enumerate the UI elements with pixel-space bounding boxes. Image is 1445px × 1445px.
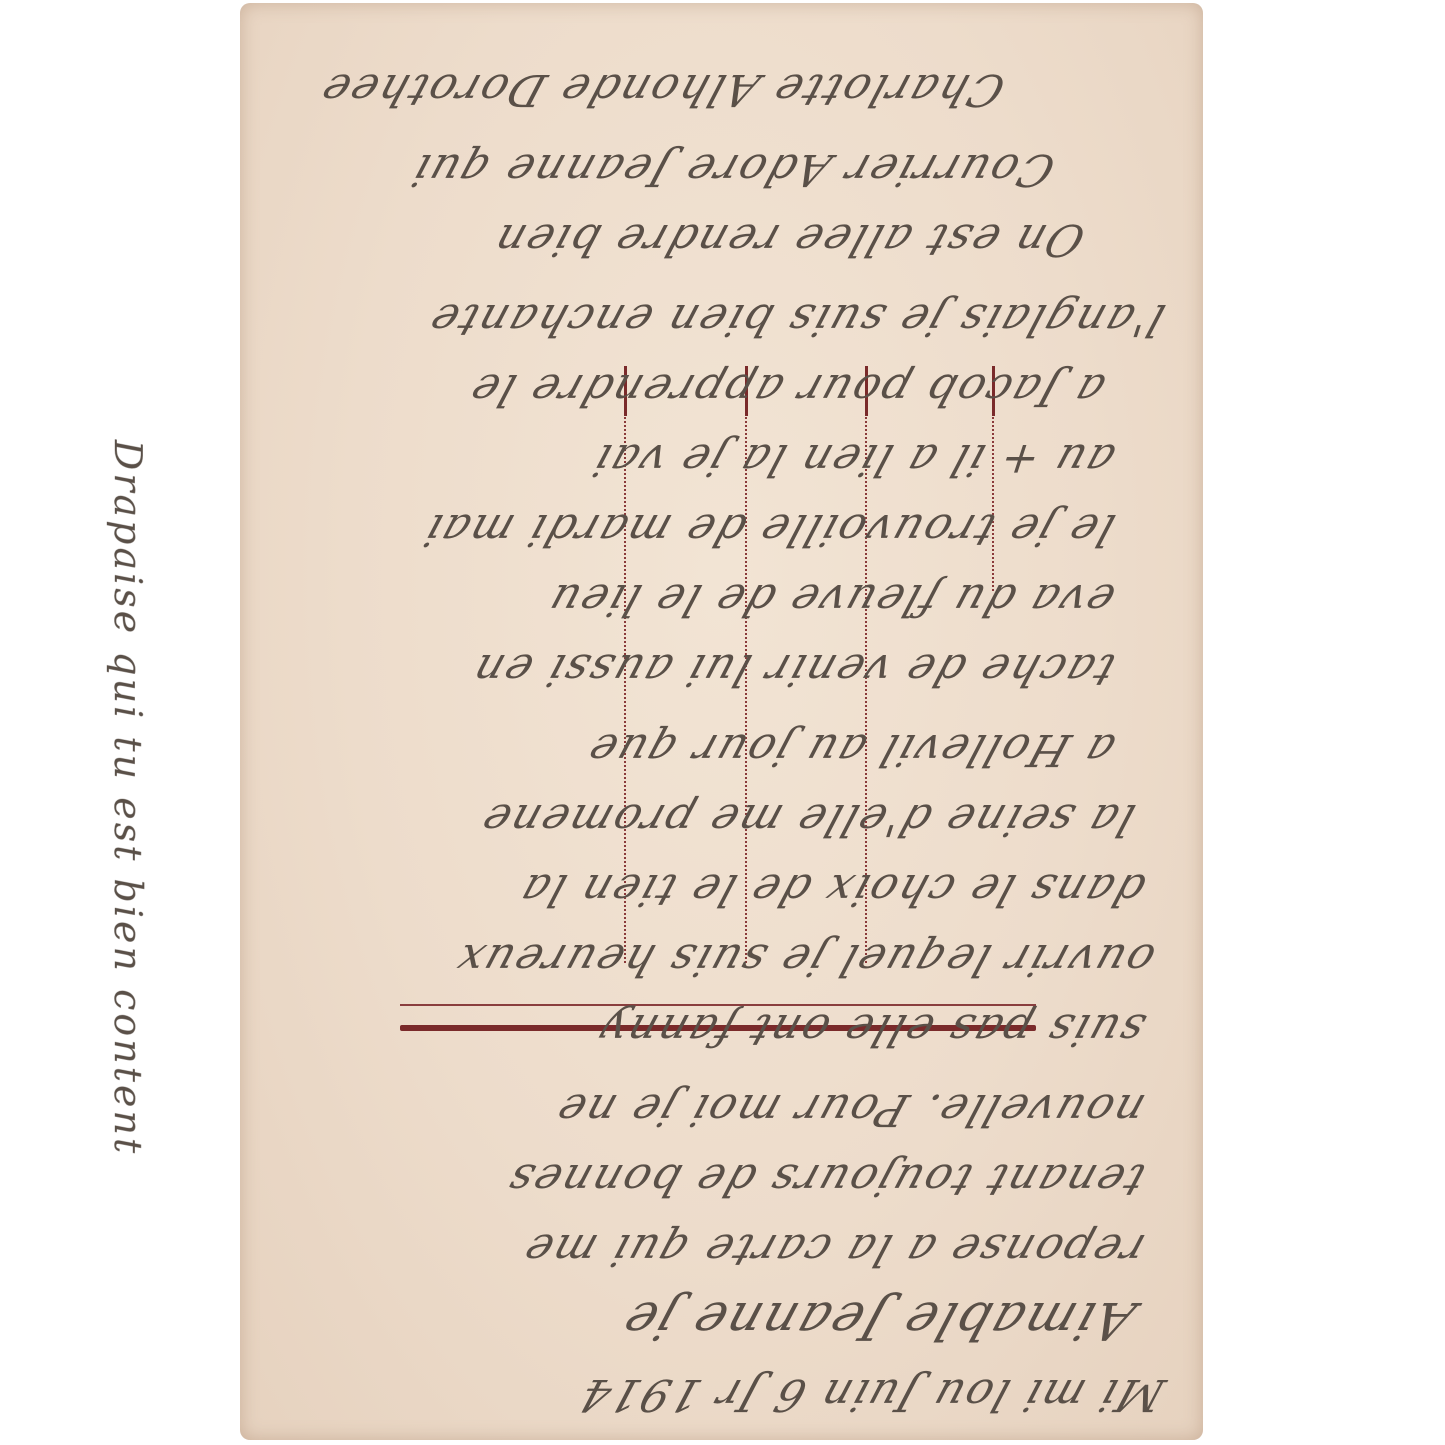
hw-line-3: tenant toujours de bonnes (500, 1154, 1152, 1205)
hw-line-8: la seine d'elle me promene (473, 794, 1141, 845)
hw-line-4: nouvelle. Pour moi je ne (548, 1084, 1151, 1135)
hw-line-9: a Hollevil au jour que (580, 724, 1121, 775)
handwriting-layer: Mi mi lou Juin 6 Jr 1914 Aimable Jeanne … (240, 3, 1203, 1440)
hw-line-7: dans le choix de le tien la (512, 864, 1151, 915)
hw-line-11: eva du fleuve de le lieu (541, 574, 1122, 625)
hw-line-18: Charlotte Alhonde Dorothee (313, 64, 1011, 115)
date-line: Mi mi lou Juin 6 Jr 1914 (572, 1369, 1171, 1420)
hw-line-12: le je trouvoille de mardi mai (416, 504, 1121, 555)
hw-line-6: ouvrir lequel je suis heureux (448, 934, 1161, 985)
hw-line-14: a Jacob pour apprendre le (462, 364, 1111, 415)
hw-line-1: Aimable Jeanne je (614, 1290, 1143, 1350)
hw-line-17: Courrier Adore Jeanne qui (404, 144, 1061, 195)
hw-line-2: reponse a la carte qui me (516, 1224, 1152, 1275)
postcard-back: Mi mi lou Juin 6 Jr 1914 Aimable Jeanne … (240, 3, 1203, 1440)
hw-line-10: tache de venir lui aussi en (465, 644, 1122, 695)
hw-line-5: suis pas elle ont fanny (591, 1004, 1151, 1055)
hw-line-16: On est allee rendre bien (486, 214, 1091, 265)
hw-line-15: l'anglais je suis bien enchante (421, 294, 1171, 345)
hw-line-13: au + il a lien la je vai (585, 434, 1121, 485)
margin-note: Drapaise qui tu est bien content (106, 440, 150, 1156)
